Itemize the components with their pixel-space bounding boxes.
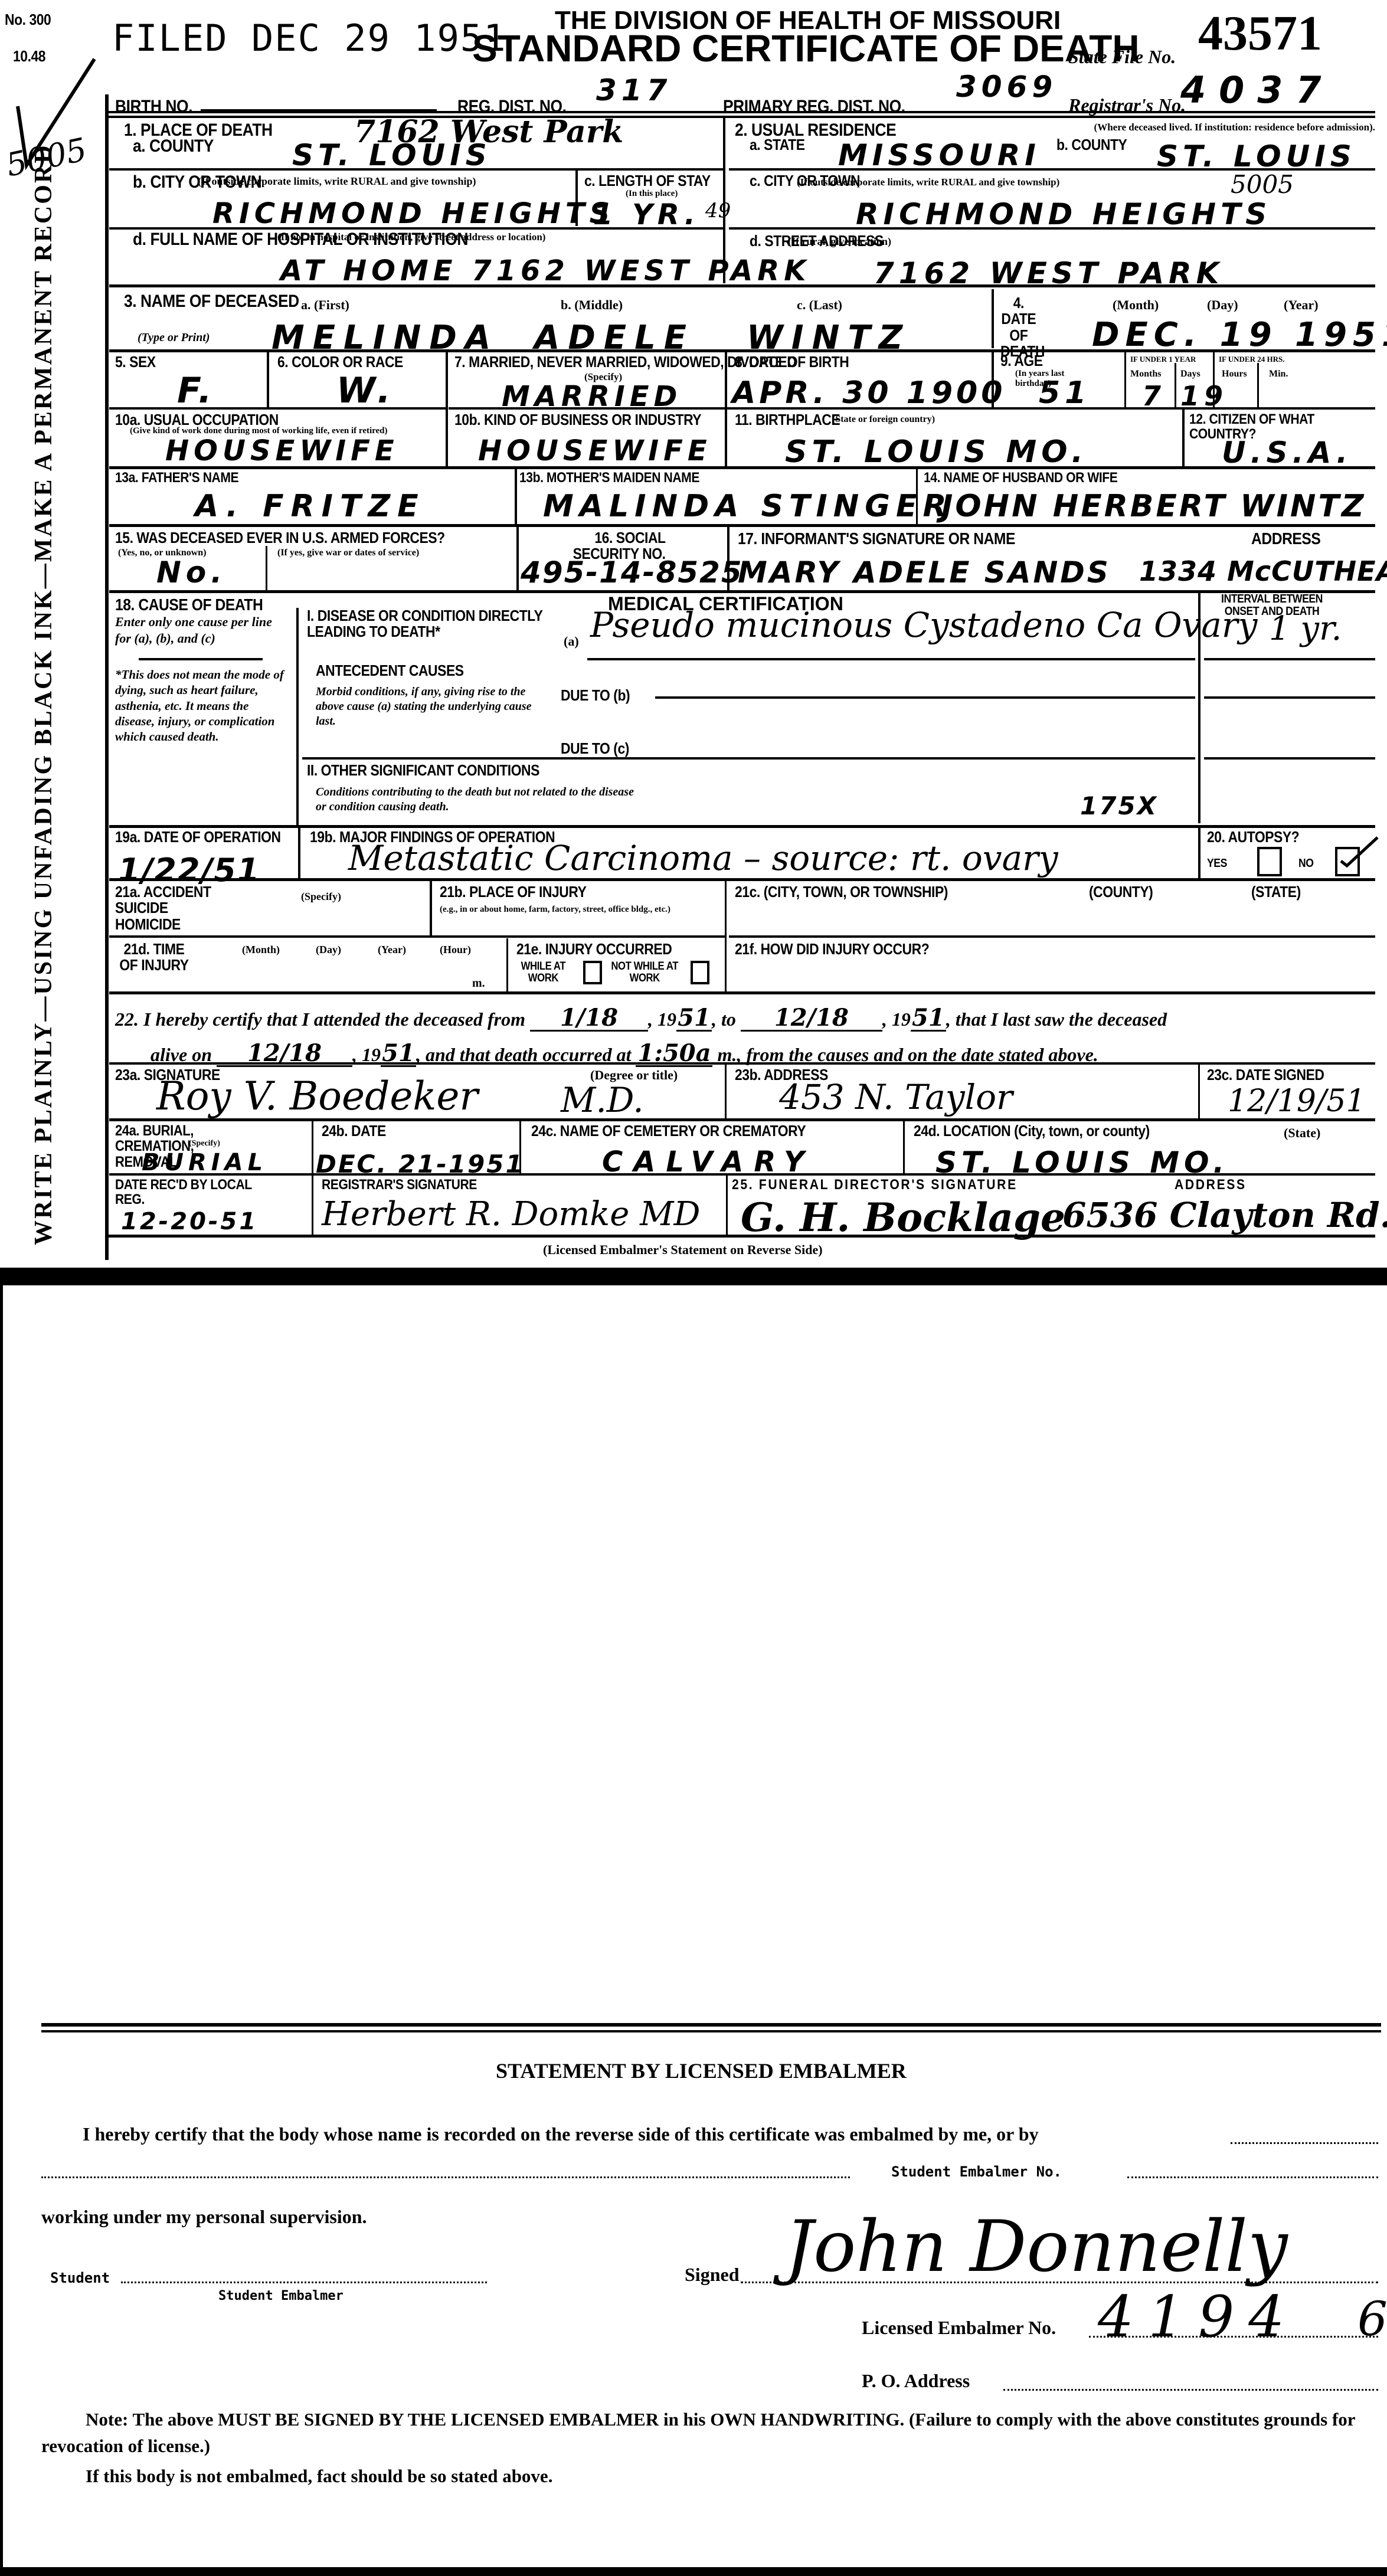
age-days-value: 19 [1180, 382, 1228, 410]
disease-label: I. DISEASE OR CONDITION DIRECTLY LEADING… [307, 608, 546, 640]
injury-occurred-label: 21e. INJURY OCCURRED [516, 941, 672, 957]
physician-signature: Roy V. Boedeker [156, 1077, 478, 1116]
informant-address-label: ADDRESS [1251, 530, 1320, 547]
reverse-side-note: (Licensed Embalmer's Statement on Revers… [543, 1242, 823, 1258]
residence-annotation: 5005 [1231, 172, 1294, 197]
divider [575, 170, 578, 226]
residence-county-label: b. COUNTY [1056, 137, 1127, 153]
physician-degree: M.D. [561, 1083, 644, 1117]
embalmer-signature: John Donnelly [785, 2212, 1288, 2283]
license-extra-digit: 6 [1357, 2296, 1387, 2343]
divider [298, 826, 300, 878]
divider [1198, 593, 1200, 823]
birthplace-value: ST. LOUIS MO. [785, 437, 1088, 467]
last-name-label: c. (Last) [797, 298, 842, 312]
divider [106, 1235, 1375, 1238]
year-prefix: , 19 [648, 1009, 676, 1030]
armed-forces-note-2: (If yes, give war or dates of service) [277, 548, 419, 558]
injury-day-label: (Day) [316, 944, 341, 956]
divider [727, 527, 730, 592]
marital-value: MARRIED [502, 382, 682, 411]
first-name-label: a. (First) [301, 298, 349, 312]
divider [1257, 363, 1259, 407]
armed-forces-value: No. [156, 558, 227, 587]
divider [587, 658, 1195, 660]
antecedent-label: ANTECEDENT CAUSES [316, 663, 464, 679]
divider [516, 527, 519, 592]
injury-place-label: 21b. PLACE OF INJURY [440, 884, 586, 900]
date-received-value: 12-20-51 [121, 1210, 258, 1233]
mother-maiden-label: 13b. MOTHER'S MAIDEN NAME [519, 470, 699, 485]
funeral-director-address: 6536 Clayton Rd. [1062, 1198, 1387, 1232]
cause-a-value: Pseudo mucinous Cystadeno Ca Ovary [590, 608, 1257, 642]
date-of-death-value: DEC. 19 1951 [1092, 319, 1387, 352]
divider [109, 168, 723, 171]
divider [916, 468, 918, 524]
embalmer-statement-back: STATEMENT BY LICENSED EMBALMER I hereby … [0, 1285, 1387, 2576]
cemetery-label: 24c. NAME OF CEMETERY OR CREMATORY [531, 1123, 806, 1139]
residence-city-note: (If outside corporate limits, write RURA… [797, 177, 1059, 188]
days-label: Days [1180, 369, 1200, 379]
under-24-hours-label: IF UNDER 24 HRS. [1219, 355, 1284, 364]
mother-maiden-value: MALINDA STINGER [543, 491, 953, 522]
divider [725, 1064, 727, 1120]
divider [1198, 1064, 1200, 1120]
po-address-label: P. O. Address [862, 2370, 970, 2392]
registrar-signature-label: REGISTRAR'S SIGNATURE [322, 1177, 477, 1192]
embalmer-certify-text: I hereby certify that the body whose nam… [83, 2123, 1039, 2145]
divider [992, 351, 994, 407]
year-prefix: , 19 [882, 1009, 911, 1030]
cause-of-death-label: 18. CAUSE OF DEATH [115, 596, 263, 613]
divider [109, 1062, 1375, 1065]
other-conditions-label: II. OTHER SIGNIFICANT CONDITIONS [307, 762, 539, 778]
vertical-ink-notice: WRITE PLAINLY—USING UNFADING BLACK INK—M… [30, 143, 58, 1245]
other-conditions-note: Conditions contributing to the death but… [316, 785, 646, 814]
divider [1204, 658, 1375, 660]
divider [109, 524, 1375, 527]
signed-label: Signed [685, 2264, 739, 2286]
place-city-value: RICHMOND HEIGHTS [212, 199, 614, 228]
injury-county-label: (COUNTY) [1089, 884, 1153, 900]
type-or-print-note: (Type or Print) [138, 330, 210, 345]
page-title: STANDARD CERTIFICATE OF DEATH [472, 27, 1140, 70]
divider [109, 349, 1375, 352]
divider [726, 1176, 728, 1235]
usual-residence-note: (Where deceased lived. If institution: r… [974, 122, 1375, 133]
cause-b-line [655, 696, 1195, 699]
form-number: No. 300 [5, 12, 51, 28]
place-county-value: ST. LOUIS [292, 140, 492, 170]
autopsy-yes-checkbox[interactable] [1257, 847, 1282, 876]
divider [1204, 696, 1375, 699]
divider [139, 658, 263, 660]
funeral-address-label: ADDRESS [1175, 1177, 1247, 1192]
age-label: 9. AGE [1000, 353, 1043, 369]
check-mark-icon [1336, 837, 1372, 873]
armed-forces-label: 15. WAS DECEASED EVER IN U.S. ARMED FORC… [115, 530, 445, 546]
dob-value: APR. 30 1900 [732, 378, 1006, 408]
injury-city-label: 21c. (CITY, TOWN, OR TOWNSHIP) [735, 884, 948, 900]
po-address-field[interactable] [1003, 2389, 1378, 2391]
injury-hour-label: (Hour) [440, 944, 471, 956]
not-while-at-work-checkbox[interactable] [691, 961, 709, 984]
residence-city-value: RICHMOND HEIGHTS [856, 199, 1271, 229]
divider [1182, 410, 1185, 467]
divider [515, 468, 517, 524]
death-day-label: (Day) [1207, 298, 1238, 312]
to-text: , to [712, 1009, 736, 1030]
deceased-name-label: 3. NAME OF DECEASED [124, 292, 299, 311]
autopsy-label: 20. AUTOPSY? [1207, 829, 1299, 845]
certification-text: , that I last saw the deceased [946, 1009, 1167, 1030]
student-label: Student [50, 2270, 110, 2286]
citizen-value: U.S.A. [1222, 438, 1352, 467]
divider [519, 1120, 521, 1173]
injury-month-label: (Month) [242, 944, 280, 956]
cemetery-value: CALVARY [602, 1148, 815, 1176]
race-label: 6. COLOR OR RACE [277, 354, 403, 370]
divider [312, 1120, 313, 1235]
divider [1198, 826, 1200, 878]
divider [992, 289, 994, 348]
operation-findings-value: Metastatic Carcinoma – source: rt. ovary [348, 841, 1058, 875]
divider [506, 938, 508, 991]
birthplace-note: (State or foreign country) [832, 414, 935, 425]
burial-location-state-label: (State) [1284, 1126, 1320, 1140]
due-to-b-label: DUE TO (b) [561, 688, 630, 703]
divider [727, 407, 1375, 410]
divider [109, 407, 446, 410]
interval-a-value: 1 yr. [1269, 613, 1342, 646]
divider [725, 881, 727, 993]
not-embalmed-note: If this body is not embalmed, fact shoul… [86, 2466, 552, 2487]
attended-from-year: 51 [676, 1006, 712, 1032]
dob-label: 8. DATE OF BIRTH [735, 354, 849, 370]
student-name-field[interactable] [41, 2176, 850, 2178]
place-city-note: (If outside corporate limits, write RURA… [198, 176, 476, 188]
embalmer-title: STATEMENT BY LICENSED EMBALMER [496, 2058, 907, 2083]
length-of-stay-value: 1 YR. [593, 201, 700, 229]
divider [109, 284, 1375, 287]
divider [266, 546, 267, 590]
student-embalmer-sub-label: Student Embalmer [218, 2289, 344, 2303]
death-month-label: (Month) [1113, 298, 1159, 312]
embalmer-signature-note: Note: The above MUST BE SIGNED BY THE LI… [41, 2407, 1381, 2460]
autopsy-no-label: NO [1298, 857, 1314, 870]
injury-place-note: (e.g., in or about home, farm, factory, … [440, 905, 717, 915]
divider [449, 407, 725, 410]
certification-line-1: 22. I hereby certify that I attended the… [115, 1006, 1167, 1032]
left-margin: No. 300 10.48 5005 WRITE PLAINLY—USING U… [0, 0, 100, 1269]
informant-address-value: 1334 McCUTHEAU [1139, 558, 1387, 585]
other-annotation: 175X [1080, 794, 1158, 819]
divider [296, 608, 299, 826]
not-while-at-work-label: NOT WHILE AT WORK [611, 961, 678, 984]
death-certificate-front: No. 300 10.48 5005 WRITE PLAINLY—USING U… [0, 0, 1387, 1269]
student-embalmer-no-field[interactable] [1127, 2176, 1378, 2178]
supervision-text: working under my personal supervision. [41, 2206, 367, 2228]
cause-c-line [302, 757, 1195, 760]
divider [1175, 363, 1176, 407]
residence-state-label: a. STATE [750, 137, 805, 153]
divider [109, 991, 1375, 994]
injury-year-label: (Year) [378, 944, 406, 956]
student-signature-field[interactable] [121, 2282, 487, 2283]
hospital-note: (If not in hospital or institution, give… [277, 232, 545, 243]
hours-label: Hours [1222, 369, 1247, 379]
how-injury-label: 21f. HOW DID INJURY OCCUR? [735, 941, 929, 957]
page-edge [0, 1285, 3, 2576]
injury-state-label: (STATE) [1251, 884, 1301, 900]
embalmed-by-field[interactable] [1231, 2142, 1378, 2144]
hospital-value: AT HOME 7162 WEST PARK [280, 257, 810, 285]
burial-date-label: 24b. DATE [322, 1123, 386, 1139]
residence-city-code: 49 [705, 201, 731, 221]
antecedent-note: Morbid conditions, if any, giving rise t… [316, 685, 552, 729]
residence-street-note: (If rural, give location) [788, 236, 891, 248]
attended-to-year: 51 [911, 1006, 946, 1032]
divider [729, 935, 1375, 938]
line-a-label: (a) [564, 634, 579, 649]
minutes-label: Min. [1269, 369, 1288, 379]
page-edge [0, 2567, 1387, 2576]
middle-name-label: b. (Middle) [561, 298, 623, 312]
double-rule-bottom [41, 2030, 1381, 2032]
informant-value: MARY ADELE SANDS [738, 558, 1111, 587]
attended-to-date: 12/18 [741, 1006, 882, 1032]
divider [430, 881, 432, 935]
autopsy-yes-label: YES [1207, 857, 1227, 870]
cause-instructions: Enter only one cause per line for (a), (… [115, 614, 286, 646]
divider [109, 935, 725, 938]
license-no-value: 4194 [1098, 2289, 1298, 2345]
divider [267, 351, 269, 407]
date-signed-value: 12/19/51 [1228, 1086, 1366, 1117]
autopsy-no-checkbox[interactable] [1335, 847, 1360, 876]
while-at-work-label: WHILE AT WORK [515, 961, 572, 984]
date-signed-label: 23c. DATE SIGNED [1207, 1067, 1324, 1083]
filed-stamp: FILED DEC 29 1951 [112, 17, 507, 60]
accident-specify-note: (Specify) [301, 891, 341, 903]
burial-location-label: 24d. LOCATION (City, town, or county) [914, 1123, 1150, 1139]
occupation-value: HOUSEWIFE [165, 437, 399, 465]
date-received-label: DATE REC'D BY LOCAL REG. [115, 1177, 276, 1207]
attended-from-date: 1/18 [530, 1006, 648, 1032]
registrar-signature: Herbert R. Domke MD [322, 1198, 700, 1231]
age-years-value: 51 [1039, 378, 1091, 408]
operation-date-label: 19a. DATE OF OPERATION [115, 829, 281, 845]
divider [903, 1120, 905, 1173]
scan-separator [0, 1268, 1387, 1285]
spouse-label: 14. NAME OF HUSBAND OR WIFE [924, 470, 1117, 485]
divider [446, 351, 448, 466]
race-value: W. [336, 373, 395, 408]
divider [109, 1173, 1375, 1176]
business-value: HOUSEWIFE [478, 437, 712, 465]
ssn-value: 495-14-8525 [521, 558, 743, 587]
divider [109, 878, 1375, 881]
birthplace-label: 11. BIRTHPLACE [735, 412, 840, 428]
burial-value: BURIAL [142, 1151, 267, 1174]
state-file-label: State File No. [1068, 46, 1176, 68]
divider [1124, 351, 1126, 407]
length-of-stay-note: (In this place) [626, 189, 678, 199]
under-1-year-label: IF UNDER 1 YEAR [1130, 355, 1196, 364]
death-year-label: (Year) [1284, 298, 1319, 312]
residence-state-value: MISSOURI [838, 140, 1041, 170]
divider [1213, 351, 1215, 407]
injury-m-label: m. [472, 977, 485, 990]
injury-time-label: 21d. TIME OF INJURY [115, 941, 193, 974]
length-of-stay-label: c. LENGTH OF STAY [584, 173, 711, 189]
divider [109, 1118, 1375, 1121]
divider [729, 227, 1375, 230]
state-file-number: 43571 [1198, 5, 1322, 62]
sex-value: F. [177, 373, 217, 408]
student-embalmer-no-label: Student Embalmer No. [891, 2163, 1062, 2180]
operation-date-value: 1/22/51 [118, 855, 260, 886]
residence-county-value: ST. LOUIS [1157, 142, 1356, 171]
license-label: Licensed Embalmer No. [862, 2317, 1056, 2339]
divider [1204, 757, 1375, 760]
physician-address: 453 N. Taylor [779, 1080, 1013, 1114]
months-label: Months [1130, 369, 1161, 379]
place-county-label: a. COUNTY [133, 137, 214, 156]
divider [109, 466, 1375, 469]
while-at-work-checkbox[interactable] [583, 961, 602, 984]
sex-label: 5. SEX [115, 354, 156, 370]
burial-specify-note: (Specify) [189, 1139, 220, 1148]
age-months-value: 7 [1142, 382, 1166, 410]
residence-street-value: 7162 WEST PARK [874, 258, 1224, 288]
funeral-director-signature: G. H. Bocklage [741, 1198, 1065, 1237]
cause-footnote: *This does not mean the mode of dying, s… [115, 667, 286, 744]
informant-label: 17. INFORMANT'S SIGNATURE OR NAME [738, 530, 1015, 547]
funeral-director-label: 25. FUNERAL DIRECTOR'S SIGNATURE [732, 1177, 1018, 1192]
double-rule-top [41, 2023, 1381, 2027]
father-name-label: 13a. FATHER'S NAME [115, 470, 238, 485]
accident-label: 21a. ACCIDENT SUICIDE HOMICIDE [115, 884, 224, 932]
certification-text: 22. I hereby certify that I attended the… [115, 1009, 525, 1030]
due-to-c-label: DUE TO (c) [561, 741, 629, 757]
spouse-value: JOHN HERBERT WINTZ [941, 491, 1366, 522]
father-name-value: A. FRITZE [195, 491, 426, 522]
business-label: 10b. KIND OF BUSINESS OR INDUSTRY [454, 412, 701, 428]
